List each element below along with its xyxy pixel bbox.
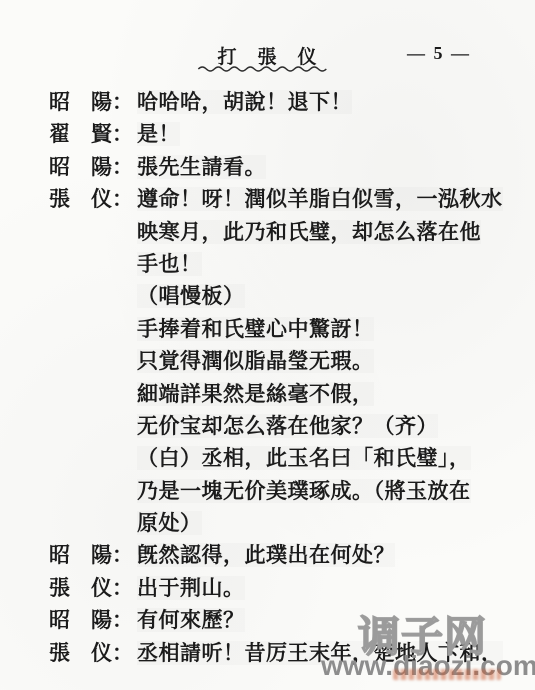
script-line: 无价宝却怎么落在他家？（齐） bbox=[0, 410, 535, 442]
dialogue-text: 只覚得潤似脂晶瑩无瑕。 bbox=[137, 349, 374, 373]
script-line: 張 仪：丞相請听！昔厉王末年，楚地人卞和， bbox=[0, 637, 535, 669]
dialogue-text: 原处） bbox=[137, 511, 202, 535]
dialogue-text: （唱慢板） bbox=[137, 284, 245, 308]
dialogue-text: 有何來歷？ bbox=[137, 608, 245, 632]
script-line: 昭 陽：有何來歷？ bbox=[0, 604, 535, 636]
dialogue-text: 旣然認得，此璞出在何处？ bbox=[137, 543, 395, 567]
dialogue-text: 是！ bbox=[137, 122, 180, 146]
speaker-name: 翟 賢： bbox=[49, 118, 137, 150]
script-line: 手捧着和氏璧心中驚訝！ bbox=[0, 313, 535, 345]
script-line: 映寒月，此乃和氏璧，却怎么落在他 bbox=[0, 216, 535, 248]
script-line: 張 仪：遵命！呀！潤似羊脂白似雪，一泓秋水 bbox=[0, 183, 535, 215]
script-page: 打 張 仪 — 5 — 昭 陽：哈哈哈，胡說！退下！ 翟 賢：是！ 昭 陽：張先… bbox=[0, 0, 535, 690]
speaker-name: 張 仪： bbox=[49, 572, 137, 604]
dialogue-lines: 昭 陽：哈哈哈，胡說！退下！ 翟 賢：是！ 昭 陽：張先生請看。 張 仪：遵命！… bbox=[0, 86, 535, 669]
dialogue-text: （白）丞相，此玉名曰「和氏璧」， bbox=[137, 446, 471, 470]
speaker-name: 張 仪： bbox=[49, 637, 137, 669]
script-line: （白）丞相，此玉名曰「和氏璧」， bbox=[0, 442, 535, 474]
dialogue-text: 乃是一塊无价美璞琢成。（將玉放在 bbox=[137, 479, 471, 503]
script-line: 翟 賢：是！ bbox=[0, 118, 535, 150]
speaker-name: 昭 陽： bbox=[49, 151, 137, 183]
script-line: 原处） bbox=[0, 507, 535, 539]
dialogue-text: 出于荆山。 bbox=[137, 576, 245, 600]
dialogue-text: 張先生請看。 bbox=[137, 155, 266, 179]
running-head: 打 張 仪 — 5 — bbox=[0, 42, 535, 69]
speaker-name: 昭 陽： bbox=[49, 604, 137, 636]
dialogue-text: 細端詳果然是絲毫不假， bbox=[137, 382, 374, 406]
dialogue-text: 丞相請听！昔厉王末年，楚地人卞和， bbox=[137, 641, 503, 665]
page-number: — 5 — bbox=[407, 43, 471, 64]
speaker-name: 昭 陽： bbox=[49, 86, 137, 118]
dialogue-text: 映寒月，此乃和氏璧，却怎么落在他 bbox=[137, 220, 481, 244]
speaker-name: 昭 陽： bbox=[49, 539, 137, 571]
script-line: （唱慢板） bbox=[0, 280, 535, 312]
watermark-red-smudge bbox=[393, 669, 501, 680]
script-line: 乃是一塊无价美璞琢成。（將玉放在 bbox=[0, 475, 535, 507]
script-line: 只覚得潤似脂晶瑩无瑕。 bbox=[0, 345, 535, 377]
script-line: 手也！ bbox=[0, 248, 535, 280]
script-line: 昭 陽：旣然認得，此璞出在何处？ bbox=[0, 539, 535, 571]
script-line: 昭 陽：哈哈哈，胡說！退下！ bbox=[0, 86, 535, 118]
dialogue-text: 哈哈哈，胡說！退下！ bbox=[137, 90, 352, 114]
dialogue-text: 遵命！呀！潤似羊脂白似雪，一泓秋水 bbox=[137, 187, 503, 211]
title-wrap: 打 張 仪 bbox=[217, 42, 317, 69]
script-line: 昭 陽：張先生請看。 bbox=[0, 151, 535, 183]
script-line: 張 仪：出于荆山。 bbox=[0, 572, 535, 604]
script-line: 細端詳果然是絲毫不假， bbox=[0, 378, 535, 410]
speaker-name: 張 仪： bbox=[49, 183, 137, 215]
title-underline-wavy-icon bbox=[198, 64, 332, 72]
dialogue-text: 手也！ bbox=[137, 252, 202, 276]
dialogue-text: 手捧着和氏璧心中驚訝！ bbox=[137, 317, 374, 341]
dialogue-text: 无价宝却怎么落在他家？（齐） bbox=[137, 414, 438, 438]
